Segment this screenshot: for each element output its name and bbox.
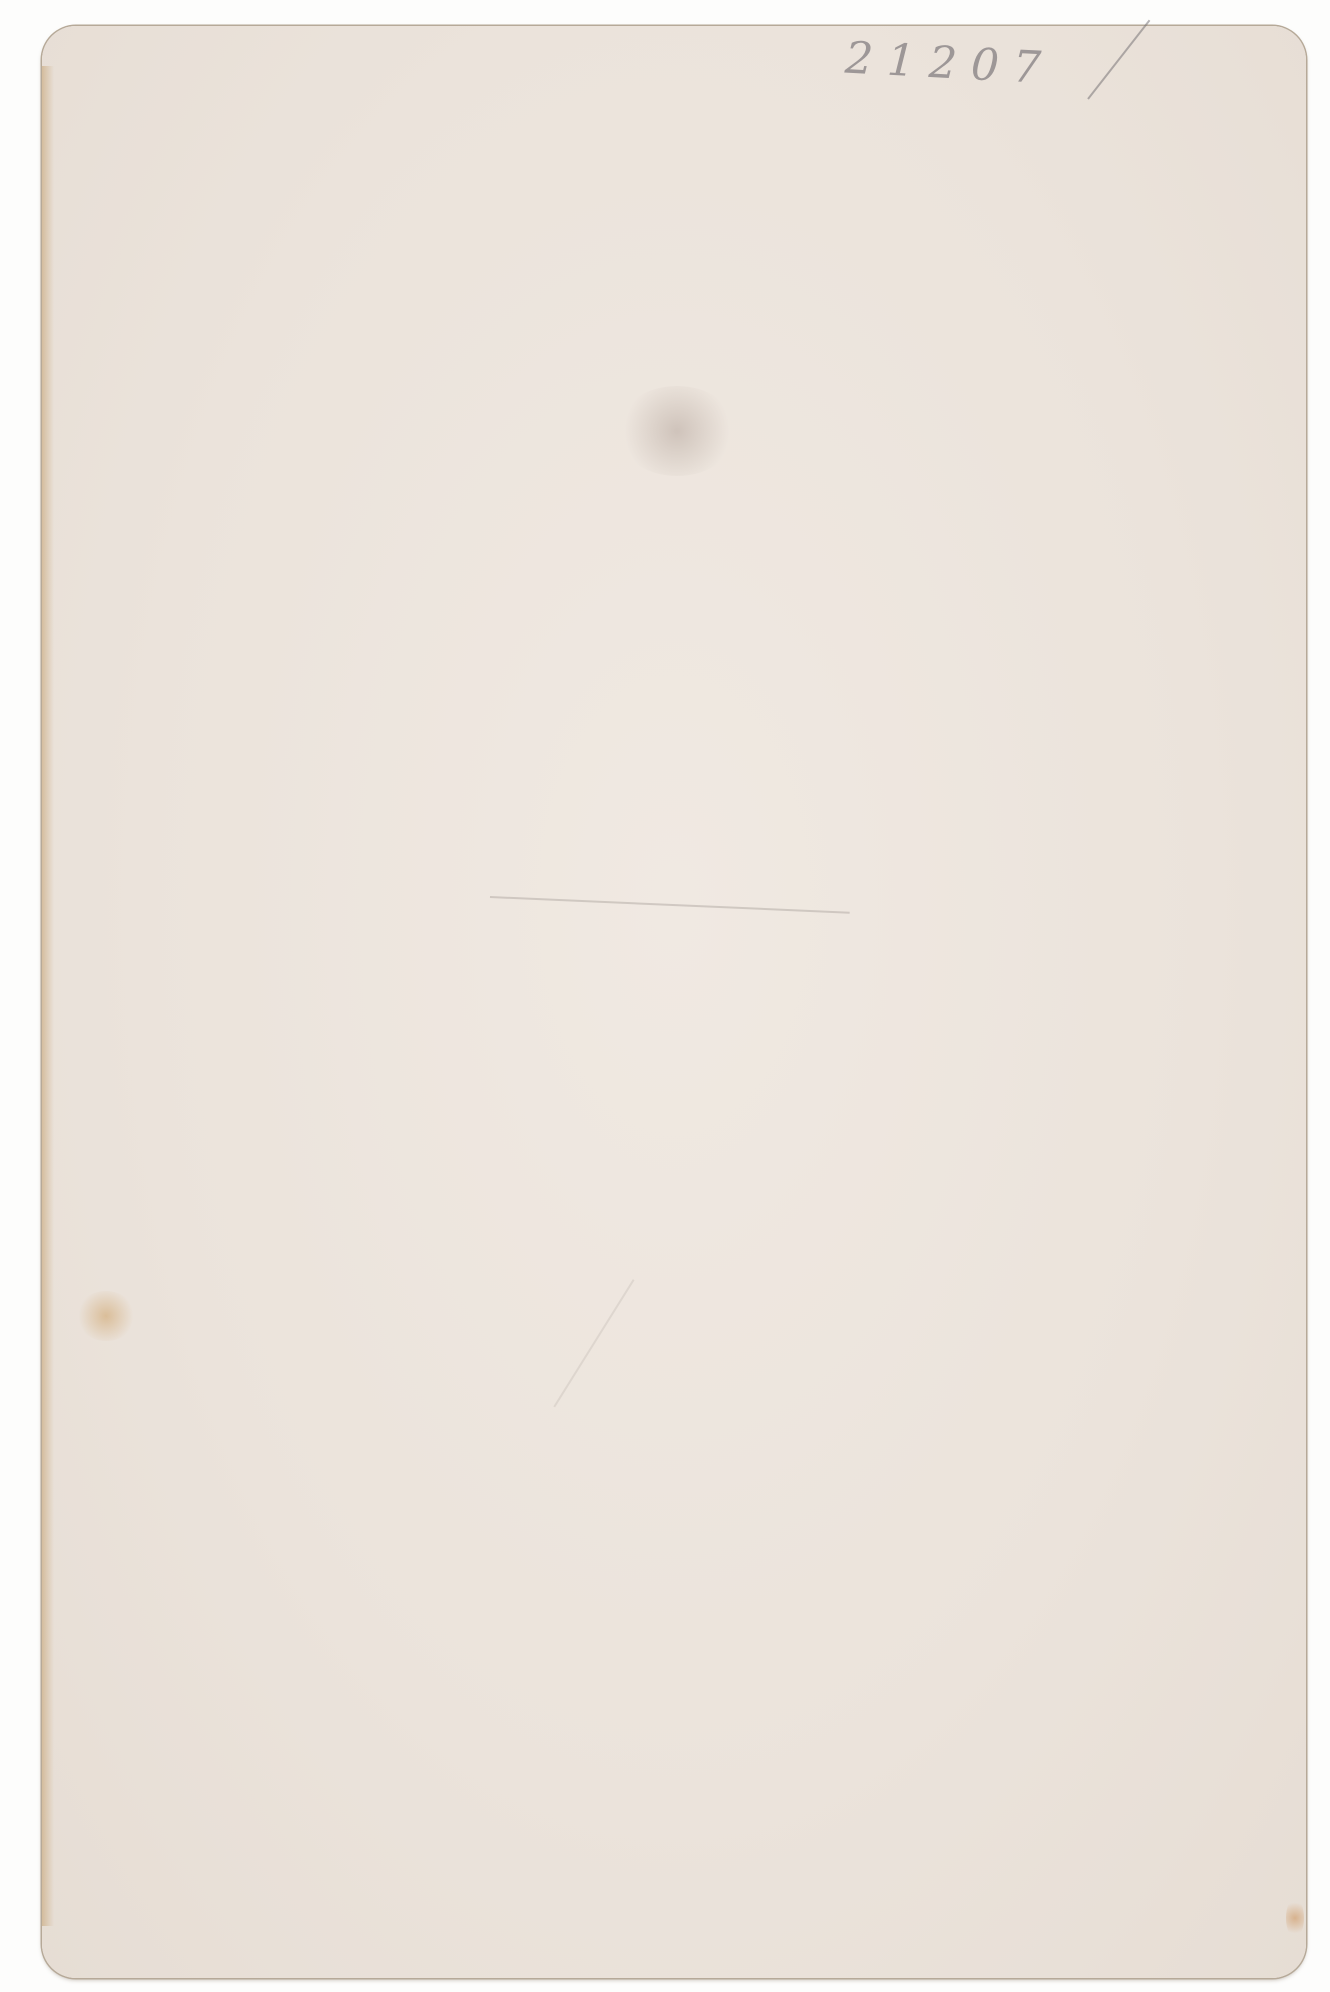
scan-background: 21207 <box>0 0 1330 1992</box>
faint-scratch-line <box>490 896 850 913</box>
speckle-stain <box>617 386 737 476</box>
card-edge-discoloration <box>42 66 54 1926</box>
foxing-stain <box>76 1291 136 1341</box>
cabinet-card-back <box>42 26 1306 1978</box>
faint-scratch-line <box>553 1279 634 1407</box>
pencil-inventory-number: 21207 <box>844 33 1056 95</box>
corner-chip-stain <box>1286 1898 1304 1938</box>
